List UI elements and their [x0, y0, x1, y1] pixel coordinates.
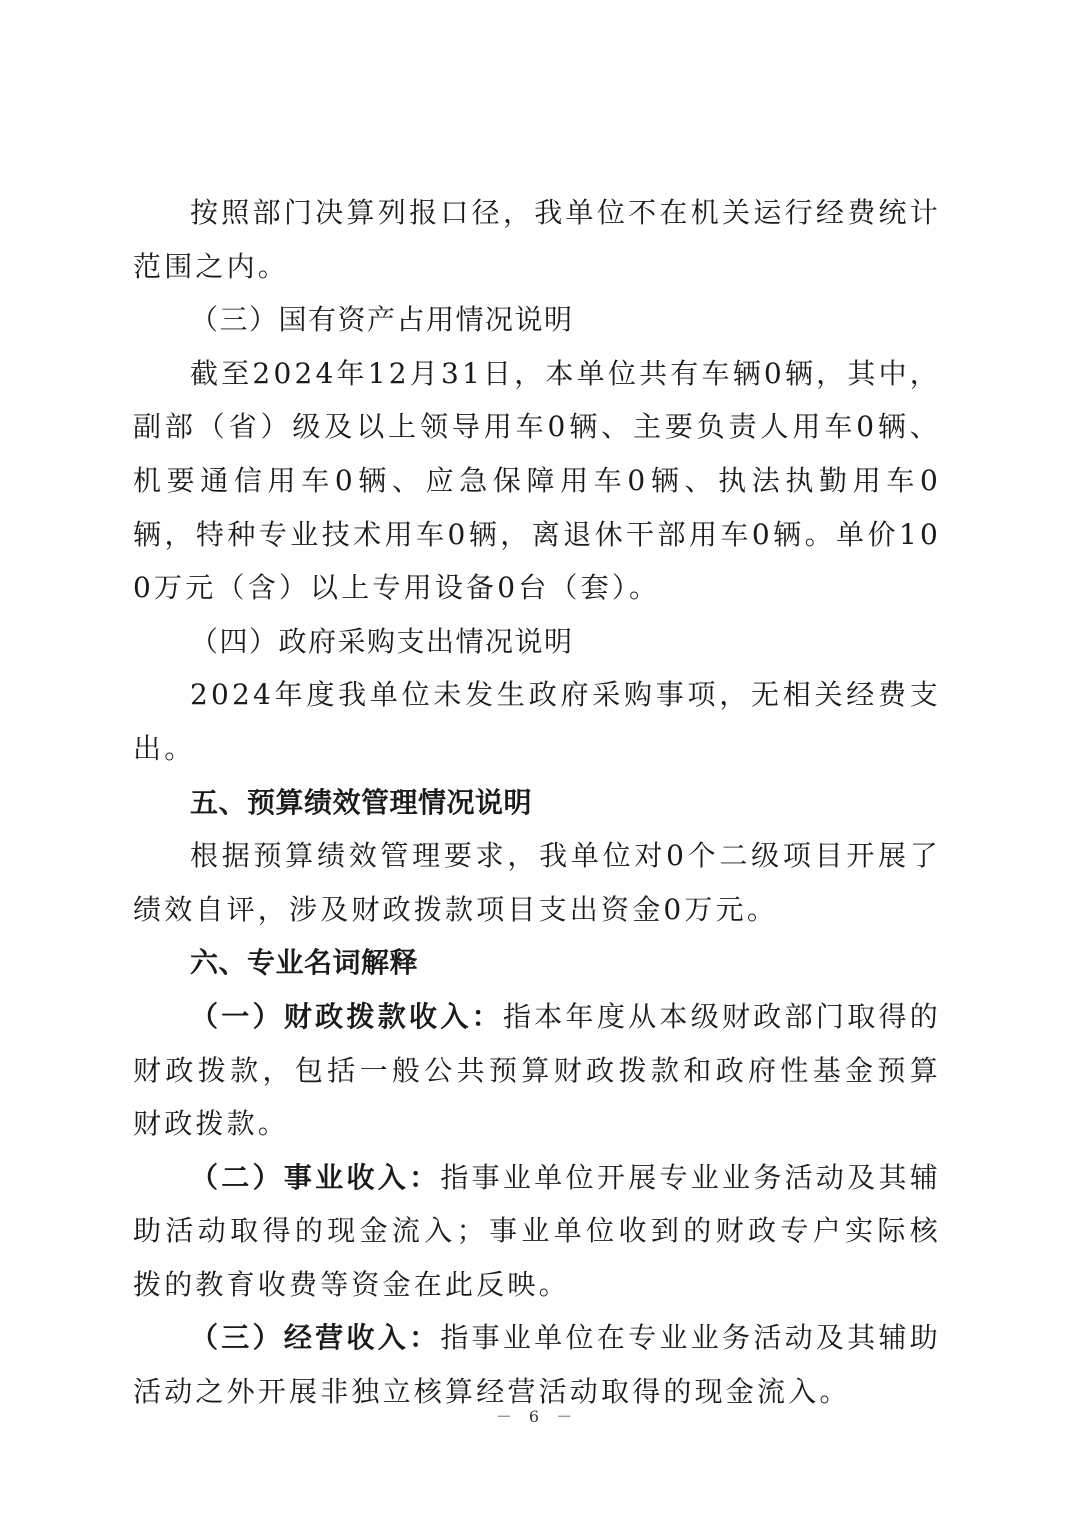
section-heading-glossary: 六、专业名词解释 — [133, 936, 941, 990]
paragraph-performance: 根据预算绩效管理要求，我单位对0个二级项目开展了绩效自评，涉及财政拨款项目支出资… — [133, 829, 941, 936]
glossary-item-operating-income: （三）经营收入：指事业单位在专业业务活动及其辅助活动之外开展非独立核算经营活动取… — [133, 1311, 941, 1418]
document-page: 按照部门决算列报口径，我单位不在机关运行经费统计范围之内。 （三）国有资产占用情… — [133, 186, 941, 1419]
glossary-term: （一）财政拨款收入： — [190, 1000, 503, 1033]
subheading-procurement: （四）政府采购支出情况说明 — [133, 615, 941, 669]
glossary-term: （三）经营收入： — [190, 1321, 440, 1354]
glossary-term: （二）事业收入： — [190, 1161, 440, 1194]
subheading-state-assets: （三）国有资产占用情况说明 — [133, 293, 941, 347]
glossary-item-fiscal-appropriation: （一）财政拨款收入：指本年度从本级财政部门取得的财政拨款，包括一般公共预算财政拨… — [133, 990, 941, 1151]
glossary-item-business-income: （二）事业收入：指事业单位开展专业业务活动及其辅助活动取得的现金流入；事业单位收… — [133, 1151, 941, 1312]
page-number: － 6 － — [0, 1404, 1074, 1427]
paragraph-operating-expenses: 按照部门决算列报口径，我单位不在机关运行经费统计范围之内。 — [133, 186, 941, 293]
paragraph-vehicles-assets: 截至2024年12月31日，本单位共有车辆0辆，其中，副部（省）级及以上领导用车… — [133, 347, 941, 615]
paragraph-procurement: 2024年度我单位未发生政府采购事项，无相关经费支出。 — [133, 668, 941, 775]
section-heading-performance: 五、预算绩效管理情况说明 — [133, 776, 941, 830]
